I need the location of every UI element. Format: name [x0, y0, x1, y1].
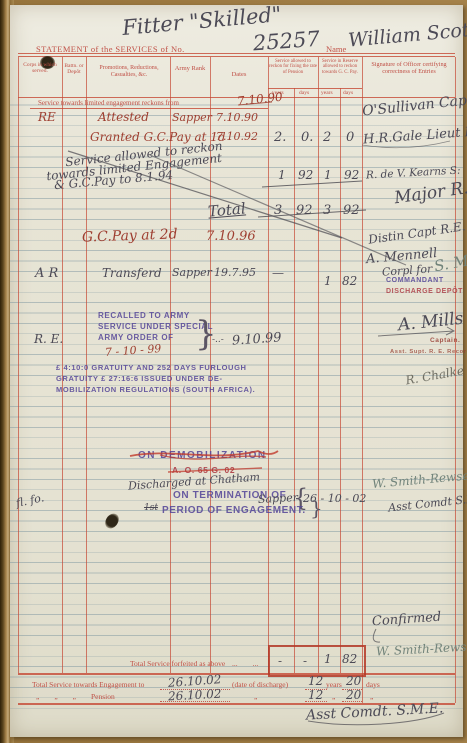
grid-line — [340, 88, 341, 673]
attested-date: 7.10.90 — [216, 112, 258, 124]
grid-line — [18, 56, 455, 57]
discharge-depot-stamp: DISCHARGE DEPÔT — [386, 288, 463, 296]
recalled-stamp-line1: RECALLED TO ARMY — [98, 312, 190, 321]
gratuity-line2: GRATUITY £ 27:16:6 ISSUED UNDER DE- — [56, 375, 223, 383]
records-stamp: Asst. Supt. R. E. Records. — [390, 349, 467, 355]
forfeited-label: Total Service forfeited as above — [130, 660, 225, 668]
transfer-rank: Sapper — [172, 267, 212, 279]
service-record-page: Fitter "Skilled" STATEMENT of the SERVIC… — [10, 5, 463, 737]
col-pension-service: Service allowed to reckon for fixing the… — [269, 59, 317, 75]
gcpay1-rd: 0 — [346, 131, 354, 146]
transfer-rd: 82 — [342, 275, 357, 288]
attested-rank: Sapper — [172, 112, 212, 124]
col-corps: Corps in which served. — [20, 62, 60, 74]
days-label: days — [366, 681, 380, 689]
soldier-name: William Scott — [347, 19, 467, 51]
col-dates: Dates — [212, 71, 266, 78]
engagement-days: 20 — [346, 675, 361, 688]
statement-title: STATEMENT of the SERVICES of No. — [36, 45, 185, 55]
forfeited-rd: 82 — [342, 653, 357, 666]
grid-line — [294, 88, 295, 673]
discharge-date-label: (date of discharge) — [232, 681, 288, 689]
grid-line — [362, 57, 363, 703]
pension-years: 12 — [308, 689, 323, 702]
grid-line — [18, 673, 455, 675]
commandant-stamp: COMMANDANT — [386, 277, 444, 285]
name-label: Name — [326, 45, 346, 55]
forfeited-dots: ... ... — [232, 660, 258, 668]
pension-days: 20 — [346, 689, 361, 702]
attested-corps: RE — [38, 111, 56, 124]
transfer-event: Transferd — [102, 267, 162, 280]
service-number: 25257 — [252, 28, 320, 56]
col-promotions: Promotions, Reductions, Casualties, &c. — [90, 65, 168, 78]
total-rd: 92 — [343, 204, 360, 219]
attested-event: Attested — [98, 111, 149, 124]
subcol-days: days — [343, 90, 353, 96]
gcpay1-date: 7.10.92 — [216, 131, 258, 143]
years-label: years — [326, 681, 342, 689]
grid-line — [268, 88, 362, 89]
gcpay1-py: 2. — [274, 131, 286, 146]
col-rank: Army Rank — [172, 65, 208, 72]
recalled-stamp-line3: ARMY ORDER OF — [98, 334, 174, 343]
subcol-days: days — [299, 90, 309, 96]
gcpay2-event: G.C.Pay at 2d — [82, 227, 178, 246]
gcpay1-ry: 2 — [323, 131, 331, 146]
subcol-years: years — [321, 90, 333, 96]
grid-line — [30, 108, 268, 109]
total-pd: 92 — [296, 204, 313, 219]
transfer-corps: A R — [35, 267, 58, 282]
engagement-years: 12 — [308, 675, 323, 688]
pension-label: „ „ „ Pension — [36, 693, 115, 701]
total-ry: 3 — [323, 204, 331, 219]
forfeited-pd: - — [303, 655, 307, 668]
period-stamp: PERIOD OF ENGAGEMENT. — [162, 505, 306, 516]
ditto: „ — [370, 693, 373, 701]
pension-date: 26.10.02 — [168, 688, 222, 704]
note-py: 1 — [278, 169, 286, 182]
grid-line — [18, 57, 19, 673]
total-label: Total — [207, 200, 246, 220]
grid-line — [455, 57, 456, 703]
photo-frame: Fitter "Skilled" STATEMENT of the SERVIC… — [0, 0, 467, 743]
brace: } — [310, 497, 323, 519]
demobilization-stamp: ON DEMOBILIZATION — [138, 450, 267, 461]
captain-stamp: Captain. — [430, 337, 460, 344]
ditto: „ — [254, 693, 257, 701]
transfer-ry: 1 — [324, 275, 332, 288]
gcpay1-pd: 0. — [301, 131, 313, 146]
total-py: 3 — [274, 204, 282, 219]
recalled-dots: -..- — [212, 335, 224, 345]
forfeited-ry: 1 — [324, 653, 332, 666]
ditto: „ — [332, 693, 335, 701]
forfeited-py: - — [278, 655, 282, 668]
col-reserve-service: Service in Reserve allowed to reckon tow… — [319, 59, 361, 75]
reckons-printed: Service towards limited engagement recko… — [38, 100, 179, 108]
period-ordinal: 1st — [144, 503, 158, 513]
note-rd: 92 — [344, 169, 359, 182]
recalled-corps: R. E. — [34, 333, 63, 346]
transfer-dash: — — [272, 267, 298, 280]
gcpay2-date: 7.10.96 — [206, 230, 256, 245]
gratuity-line1: £ 4:10:0 GRATUITY AND 252 DAYS FURLOUGH — [56, 364, 247, 372]
grid-line — [268, 57, 269, 673]
note-pd: 92 — [298, 169, 313, 182]
engagement-label: Total Service towards Engagement to — [32, 681, 144, 689]
grid-line — [318, 57, 319, 673]
transfer-date: 19.7.95 — [214, 267, 256, 279]
gratuity-line3: MOBILIZATION REGULATIONS (SOUTH AFRICA). — [56, 386, 255, 394]
col-signature: Signature of Officer certifying correctn… — [366, 62, 452, 76]
col-battn: Battn. or Depôt — [63, 63, 85, 75]
note-ry: 1 — [324, 169, 332, 182]
